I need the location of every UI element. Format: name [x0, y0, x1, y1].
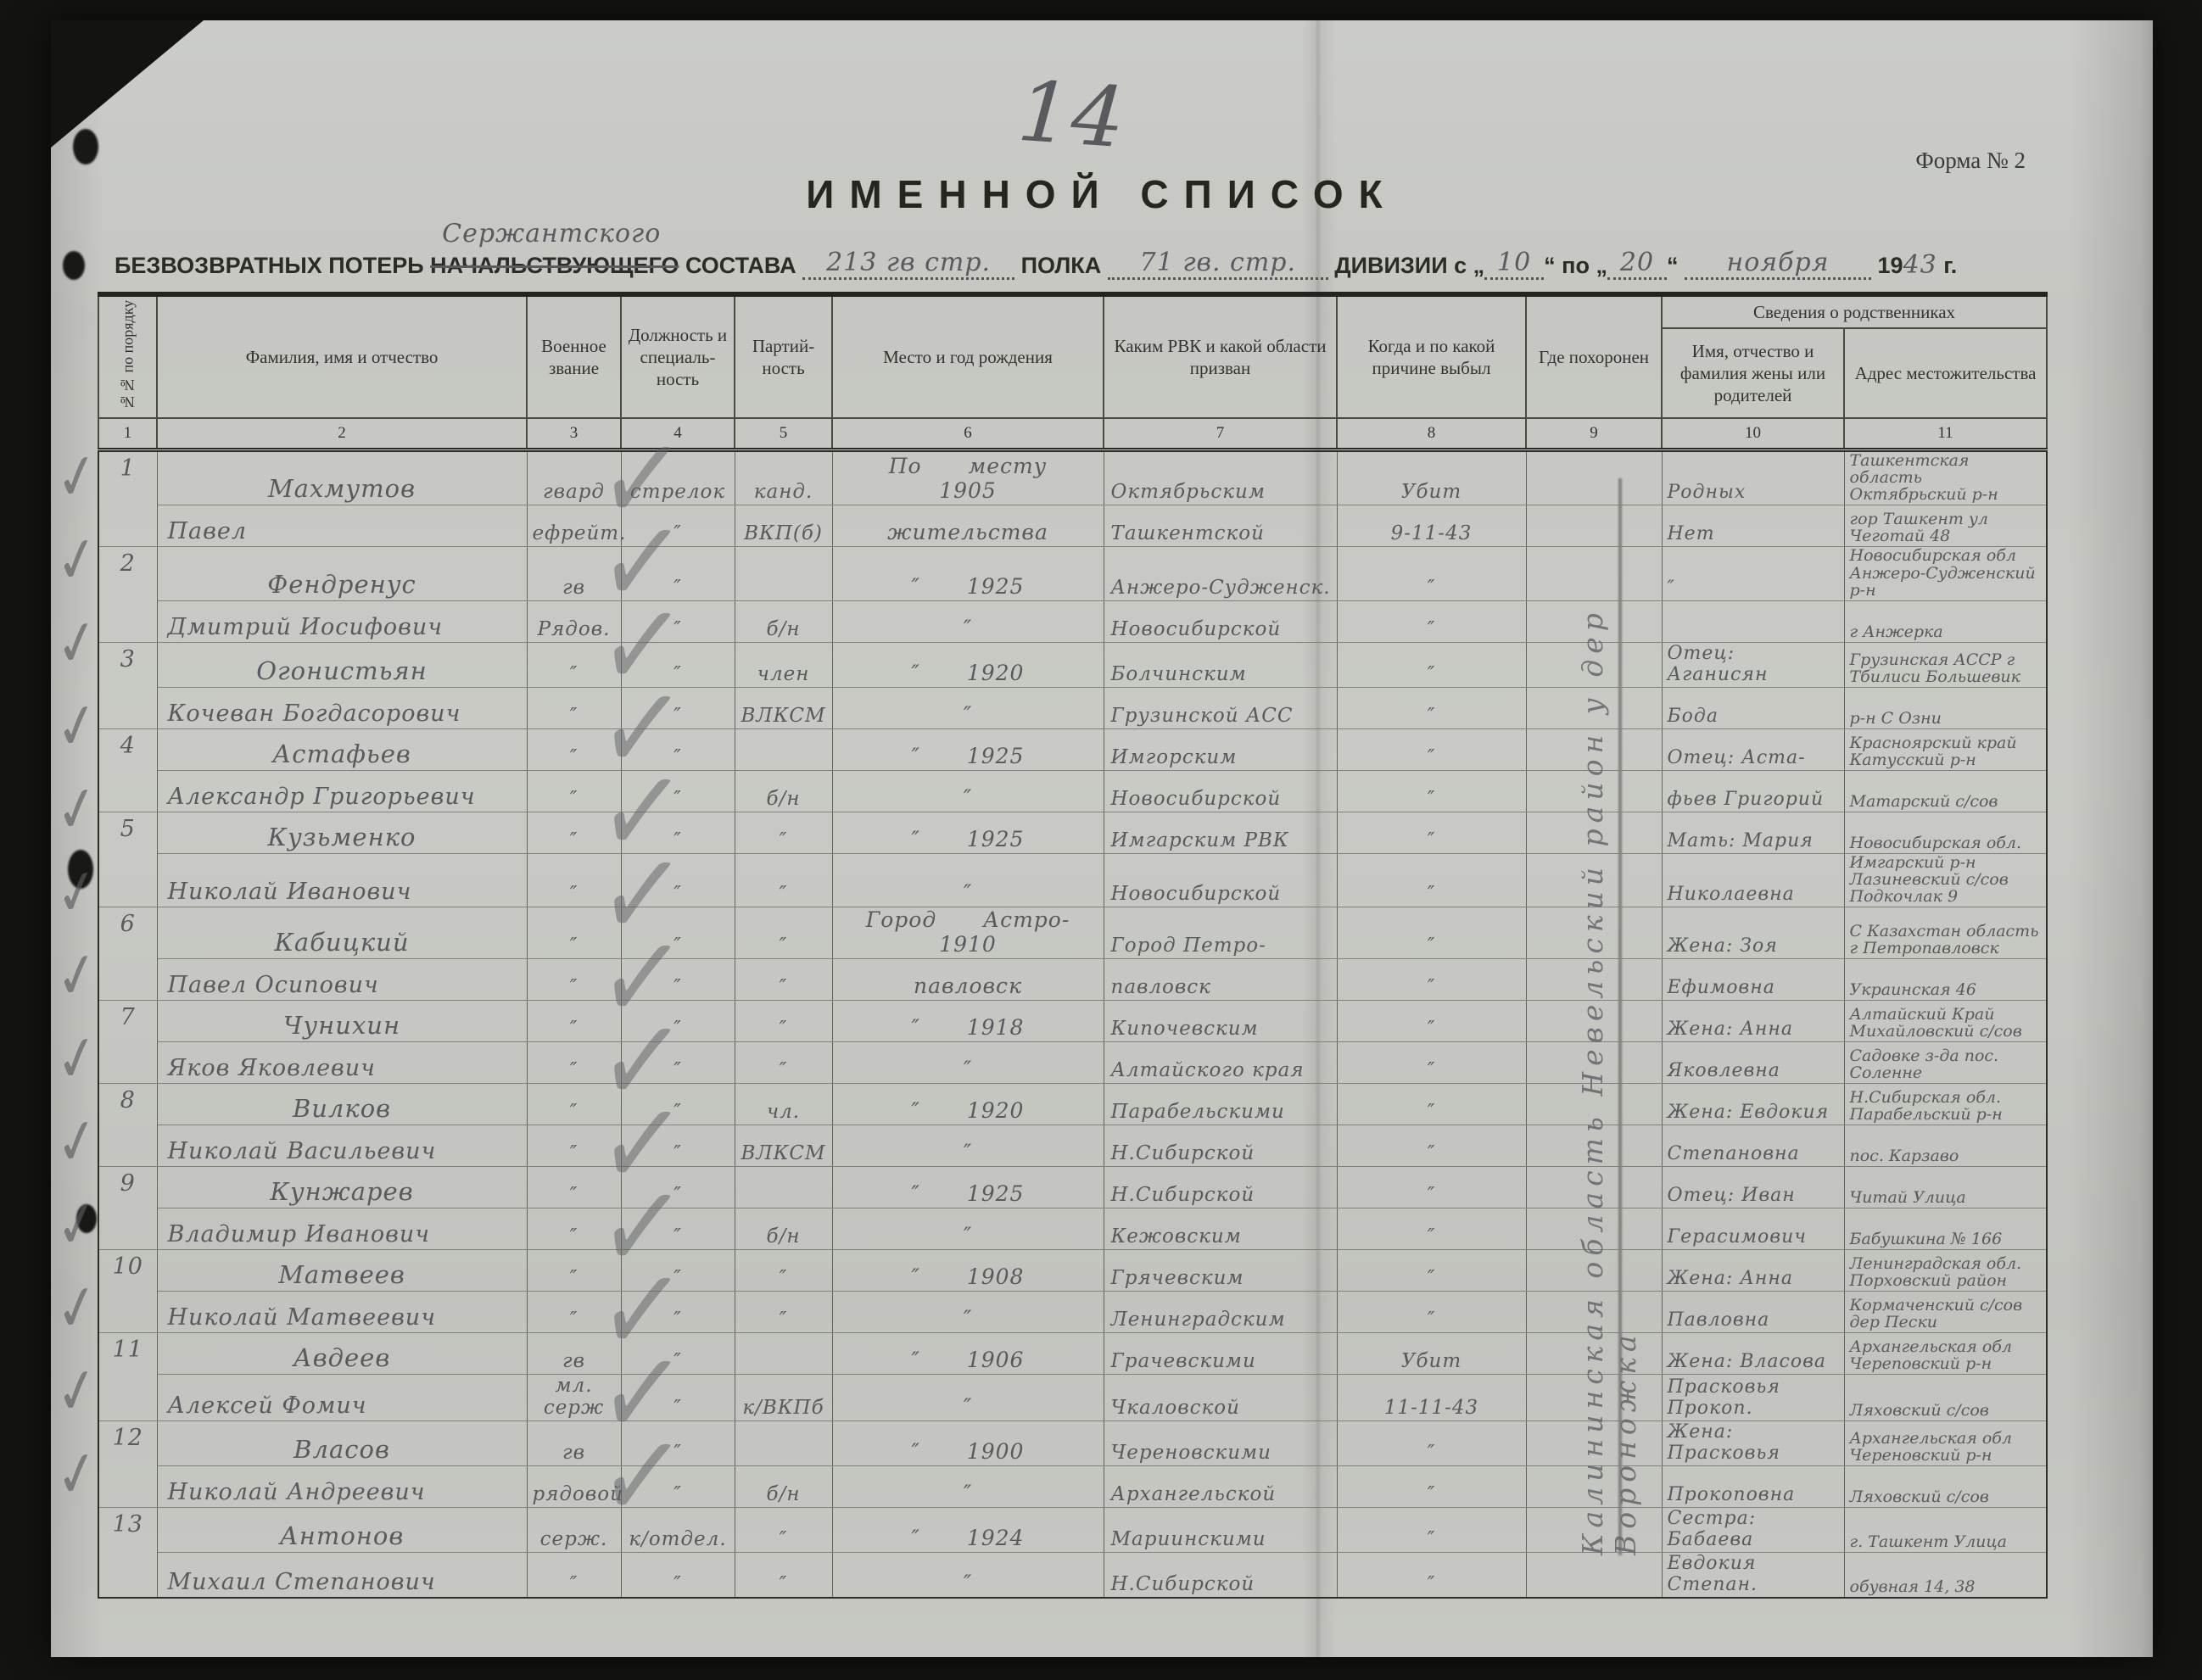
cell-party: ″ [735, 1553, 832, 1599]
subtitle-division: ДИВИЗИИ с [1334, 253, 1467, 278]
cell-duty: ″ [621, 853, 735, 907]
cell-party: ″ [735, 853, 832, 907]
cell-row-number: 10 [98, 1250, 157, 1333]
cell-buried [1526, 1508, 1662, 1553]
cell-rank: ефрейт. [527, 505, 621, 547]
cell-name: Астафьев [157, 728, 527, 770]
cell-name: Владимир Иванович [157, 1208, 527, 1250]
cell-party [735, 1167, 832, 1208]
cell-buried [1526, 812, 1662, 853]
cell-birth: По месту 1905 [832, 450, 1104, 505]
cell-party: ″ [735, 1250, 832, 1292]
cell-rvk: Ташкентской [1104, 505, 1337, 547]
cell-addr: Ташкентская область Октябрьский р-н [1844, 450, 2047, 505]
cell-addr: Ляховский с/сов [1844, 1375, 2047, 1421]
cell-rvk: Алтайского края [1104, 1042, 1337, 1084]
cell-duty: ″ [621, 1553, 735, 1599]
cell-buried [1526, 1167, 1662, 1208]
cell-rank: ″ [527, 1250, 621, 1292]
cell-name: Махмутов [157, 450, 527, 505]
cell-rvk: Грячевским [1104, 1250, 1337, 1292]
cell-rvk: Новосибирской [1104, 600, 1337, 642]
cell-duty: ″ [621, 1042, 735, 1084]
cell-birth: жительства [832, 505, 1104, 547]
cell-duty: ″ [621, 1466, 735, 1508]
cell-row-number: 12 [98, 1421, 157, 1508]
cell-party [735, 728, 832, 770]
cell-row-number: 11 [98, 1333, 157, 1421]
cell-addr: Ленинградская обл. Порховский район [1844, 1250, 2047, 1292]
cell-rank: рядовой [527, 1466, 621, 1508]
cell-rel: Жена: Анна [1662, 1001, 1844, 1042]
table-row: 1Махмутовгвардстрелокканд.По месту 1905О… [98, 450, 2047, 505]
table-row: Александр Григорьевич″″б/н″Новосибирской… [98, 770, 2047, 812]
margin-checkmark: ✓ [51, 1019, 103, 1099]
table-row: 12Власовгв″″ 1900Череновскими″Жена: Прас… [98, 1421, 2047, 1466]
handwritten-correction: Сержантского [442, 219, 661, 248]
cell-buried [1526, 1125, 1662, 1167]
table-body: 1Махмутовгвардстрелокканд.По месту 1905О… [98, 450, 2047, 1599]
form-number-label: Форма № 2 [1915, 148, 2026, 174]
cell-rvk: Н.Сибирской [1104, 1553, 1337, 1599]
cell-duty: ″ [621, 1125, 735, 1167]
margin-checkmark: ✓ [51, 521, 103, 600]
cell-name: Николай Андреевич [157, 1466, 527, 1508]
cell-rvk: Архангельской [1104, 1466, 1337, 1508]
cell-addr: Алтайский Край Михайловский с/сов [1844, 1001, 2047, 1042]
cell-rank: ″ [527, 1042, 621, 1084]
cell-party: ″ [735, 1292, 832, 1333]
cell-rel: Жена: Анна [1662, 1250, 1844, 1292]
col-num: 2 [157, 418, 527, 450]
cell-duty: ″ [621, 547, 735, 600]
cell-rvk: Парабельскими [1104, 1084, 1337, 1125]
cell-rel: Отец: Аганисян [1662, 642, 1844, 687]
cell-rel: Родных [1662, 450, 1844, 505]
cell-rank: ″ [527, 959, 621, 1001]
margin-checkmark: ✓ [51, 770, 103, 850]
cell-rvk: Имгарским РВК [1104, 812, 1337, 853]
cell-rel [1662, 600, 1844, 642]
cell-when: ″ [1337, 1250, 1526, 1292]
cell-rank: гв [527, 547, 621, 600]
cell-birth: ″ 1924 [832, 1508, 1104, 1553]
cell-duty: ″ [621, 1208, 735, 1250]
margin-checkmark: ✓ [51, 1102, 103, 1182]
cell-rank: ″ [527, 1208, 621, 1250]
table-row: Николай Андреевичрядовой″б/н″Архангельск… [98, 1466, 2047, 1508]
cell-when: Убит [1337, 1333, 1526, 1375]
subtitle-sostava: СОСТАВА [685, 253, 796, 278]
cell-buried [1526, 907, 1662, 959]
cell-rvk: Н.Сибирской [1104, 1125, 1337, 1167]
cell-addr: Бабушкина № 166 [1844, 1208, 2047, 1250]
cell-addr: Ляховский с/сов [1844, 1466, 2047, 1508]
table-row: 10Матвеев″″″″ 1908Грячевским″Жена: АннаЛ… [98, 1250, 2047, 1292]
col-header-buried: Где похоронен [1526, 294, 1662, 418]
cell-rank: ″ [527, 1001, 621, 1042]
cell-addr: г. Ташкент Улица [1844, 1508, 2047, 1553]
cell-duty: ″ [621, 687, 735, 728]
col-num: 11 [1844, 418, 2047, 450]
year-printed: 19 [1878, 253, 1903, 278]
subtitle-g: г. [1943, 253, 1957, 278]
cell-row-number: 4 [98, 728, 157, 812]
cell-rank: ″ [527, 1084, 621, 1125]
quote-open: „ [1473, 253, 1485, 278]
cell-rel: Отец: Иван [1662, 1167, 1844, 1208]
cell-addr: Грузинская АССР г Тбилиси Большевик [1844, 642, 2047, 687]
to-day-handwritten: 20 [1607, 248, 1667, 280]
cell-duty: ″ [621, 505, 735, 547]
cell-rel: Мать: Мария [1662, 812, 1844, 853]
cell-rvk: Мариинскими [1104, 1508, 1337, 1553]
cell-rel: Ефимовна [1662, 959, 1844, 1001]
cell-birth: ″ [832, 1125, 1104, 1167]
cell-duty: ″ [621, 1333, 735, 1375]
margin-checkmark: ✓ [51, 1352, 103, 1432]
cell-party: ″ [735, 1042, 832, 1084]
cell-row-number: 3 [98, 642, 157, 728]
cell-rvk: Грачевскими [1104, 1333, 1337, 1375]
margin-checkmark: ✓ [51, 438, 103, 517]
col-header-rvk: Каким РВК и какой области призван [1104, 294, 1337, 418]
cell-row-number: 13 [98, 1508, 157, 1599]
subtitle-po: по [1562, 253, 1590, 278]
cell-rank: ″ [527, 853, 621, 907]
cell-buried [1526, 1421, 1662, 1466]
table-row: 13Антоновсерж.к/отдел.″″ 1924Мариинскими… [98, 1508, 2047, 1553]
cell-rel: Жена: Евдокия [1662, 1084, 1844, 1125]
cell-rank: Рядов. [527, 600, 621, 642]
cell-name: Николай Васильевич [157, 1125, 527, 1167]
cell-buried [1526, 959, 1662, 1001]
cell-birth: ″ [832, 600, 1104, 642]
table-row: Дмитрий ИосифовичРядов.″б/н″Новосибирско… [98, 600, 2047, 642]
cell-rel: Жена: Зоя [1662, 907, 1844, 959]
margin-checkmark: ✓ [51, 1269, 103, 1348]
cell-birth: ″ [832, 1292, 1104, 1333]
cell-birth: ″ 1925 [832, 547, 1104, 600]
cell-rel: ″ [1662, 547, 1844, 600]
cell-addr: Новосибирская обл. [1844, 812, 2047, 853]
cell-rel: Степановна [1662, 1125, 1844, 1167]
cell-buried [1526, 1042, 1662, 1084]
cell-name: Вилков [157, 1084, 527, 1125]
table-header: №№ по порядку Фамилия, имя и отчество Во… [98, 294, 2047, 450]
cell-addr: Садовке з-да пос. Соленне [1844, 1042, 2047, 1084]
table-row: 4Астафьев″″″ 1925Имгорским″Отец: Аста-Кр… [98, 728, 2047, 770]
torn-corner [51, 20, 204, 148]
col-header-when: Когда и по какой причине выбыл [1337, 294, 1526, 418]
cell-name: Антонов [157, 1508, 527, 1553]
cell-rvk: Кежовским [1104, 1208, 1337, 1250]
table-row: Павел Осипович″″″павловскпавловск″Ефимов… [98, 959, 2047, 1001]
cell-row-number: 1 [98, 450, 157, 547]
cell-party [735, 1333, 832, 1375]
cell-addr: Имгарский р-н Лазиневский с/сов Подкочла… [1844, 853, 2047, 907]
cell-rank: ″ [527, 642, 621, 687]
cell-rel: Прасковья Прокоп. [1662, 1375, 1844, 1421]
cell-when: ″ [1337, 1421, 1526, 1466]
cell-rvk: Болчинским [1104, 642, 1337, 687]
cell-buried [1526, 853, 1662, 907]
cell-rank: ″ [527, 1292, 621, 1333]
cell-row-number: 6 [98, 907, 157, 1001]
cell-rel: Павловна [1662, 1292, 1844, 1333]
cell-rvk: Грузинской АСС [1104, 687, 1337, 728]
cell-duty: к/отдел. [621, 1508, 735, 1553]
cell-rank: ″ [527, 687, 621, 728]
cell-when: ″ [1337, 1208, 1526, 1250]
cell-row-number: 8 [98, 1084, 157, 1167]
cell-when: ″ [1337, 770, 1526, 812]
cell-rel: Бода [1662, 687, 1844, 728]
cell-birth: ″ 1920 [832, 642, 1104, 687]
cell-addr: Н.Сибирская обл. Парабельский р-н [1844, 1084, 2047, 1125]
quote-close2: “ [1667, 253, 1679, 278]
cell-rank: ″ [527, 728, 621, 770]
cell-birth: ″ [832, 1553, 1104, 1599]
cell-rel: Жена: Власова [1662, 1333, 1844, 1375]
cell-birth: ″ [832, 1375, 1104, 1421]
cell-duty: ″ [621, 1167, 735, 1208]
cell-row-number: 5 [98, 812, 157, 907]
cell-name: Кабицкий [157, 907, 527, 959]
table-row: Яков Яковлевич″″″″Алтайского края″Яковле… [98, 1042, 2047, 1084]
margin-checkmark: ✓ [51, 687, 103, 767]
cell-name: Дмитрий Иосифович [157, 600, 527, 642]
cell-addr: обувная 14, 38 [1844, 1553, 2047, 1599]
cell-when: ″ [1337, 728, 1526, 770]
cell-rank: ″ [527, 1125, 621, 1167]
cell-duty: ″ [621, 812, 735, 853]
cell-name: Авдеев [157, 1333, 527, 1375]
cell-when: ″ [1337, 853, 1526, 907]
cell-rvk: Чкаловской [1104, 1375, 1337, 1421]
cell-name: Александр Григорьевич [157, 770, 527, 812]
cell-when: 9-11-43 [1337, 505, 1526, 547]
cell-name: Фендренус [157, 547, 527, 600]
cell-name: Яков Яковлевич [157, 1042, 527, 1084]
cell-when: ″ [1337, 959, 1526, 1001]
subtitle-struck-word: НАЧАЛЬСТВУЮЩЕГОСержантского [430, 253, 679, 278]
cell-duty: ″ [621, 959, 735, 1001]
cell-party: ″ [735, 907, 832, 959]
cell-buried [1526, 642, 1662, 687]
cell-rank: гвард [527, 450, 621, 505]
cell-birth: ″ 1918 [832, 1001, 1104, 1042]
cell-rvk: Новосибирской [1104, 770, 1337, 812]
cell-party: канд. [735, 450, 832, 505]
cell-when: ″ [1337, 547, 1526, 600]
cell-party: ВЛКСМ [735, 687, 832, 728]
cell-name: Кочеван Богдасорович [157, 687, 527, 728]
cell-addr: Новосибирская обл Анжеро-Судженский р-н [1844, 547, 2047, 600]
cell-addr: Матарский с/сов [1844, 770, 2047, 812]
paper-sheet: Форма № 2 14 ИМЕННОЙ СПИСОК БЕЗВОЗВРАТНЫ… [51, 20, 2153, 1657]
punch-hole [76, 1204, 97, 1233]
cell-name: Огонистьян [157, 642, 527, 687]
cell-buried [1526, 1333, 1662, 1375]
table-row: 6Кабицкий″″″Город Астро- 1910Город Петро… [98, 907, 2047, 959]
cell-party: б/н [735, 1466, 832, 1508]
cell-party: б/н [735, 600, 832, 642]
cell-rel: Нет [1662, 505, 1844, 547]
cell-when: ″ [1337, 1125, 1526, 1167]
cell-when: ″ [1337, 600, 1526, 642]
cell-party: чл. [735, 1084, 832, 1125]
unit2-handwritten: 71 гв. стр. [1108, 248, 1328, 280]
cell-party: член [735, 642, 832, 687]
column-numbers-row: 1 2 3 4 5 6 7 8 9 10 11 [98, 418, 2047, 450]
cell-birth: ″ 1900 [832, 1421, 1104, 1466]
scanned-document-page: { "colors":{"paper":"#c8c9c4","print_ink… [0, 0, 2202, 1680]
col-header-rank: Военное звание [527, 294, 621, 418]
cell-rvk: Октябрьским [1104, 450, 1337, 505]
cell-rvk: Имгорским [1104, 728, 1337, 770]
cell-name: Павел Осипович [157, 959, 527, 1001]
cell-rel: Жена: Прасковья [1662, 1421, 1844, 1466]
cell-addr: Архангельская обл Череновский р-н [1844, 1421, 2047, 1466]
col-header-party: Партий­ность [735, 294, 832, 418]
cell-birth: ″ [832, 1208, 1104, 1250]
cell-rel: Сестра: Бабаева [1662, 1508, 1844, 1553]
col-num: 3 [527, 418, 621, 450]
cell-buried [1526, 770, 1662, 812]
table-row: Владимир Иванович″″б/н″Кежовским″Герасим… [98, 1208, 2047, 1250]
cell-rel: Яковлевна [1662, 1042, 1844, 1084]
cell-addr: Архангельская обл Череповский р-н [1844, 1333, 2047, 1375]
table-row: Алексей Фомичмл. серж″к/ВКПб″Чкаловской1… [98, 1375, 2047, 1421]
cell-birth: ″ [832, 853, 1104, 907]
table-row: 11Авдеевгв″″ 1906ГрачевскимиУбитЖена: Вл… [98, 1333, 2047, 1375]
table-row: 7Чунихин″″″″ 1918Кипочевским″Жена: АннаА… [98, 1001, 2047, 1042]
cell-party [735, 1421, 832, 1466]
cell-buried [1526, 1250, 1662, 1292]
cell-when: ″ [1337, 1084, 1526, 1125]
cell-party: ВЛКСМ [735, 1125, 832, 1167]
cell-birth: ″ [832, 1042, 1104, 1084]
cell-row-number: 2 [98, 547, 157, 642]
cell-rel: Евдокия Степан. [1662, 1553, 1844, 1599]
cell-buried [1526, 1375, 1662, 1421]
cell-buried [1526, 728, 1662, 770]
cell-rvk: Ленинградским [1104, 1292, 1337, 1333]
table-row: Павелефрейт.″ВКП(б)жительстваТашкентской… [98, 505, 2047, 547]
cell-when: ″ [1337, 1553, 1526, 1599]
cell-name: Павел [157, 505, 527, 547]
punch-hole [73, 129, 98, 165]
subtitle-polka: ПОЛКА [1021, 253, 1102, 278]
cell-name: Михаил Степанович [157, 1553, 527, 1599]
cell-name: Алексей Фомич [157, 1375, 527, 1421]
cell-duty: ″ [621, 1292, 735, 1333]
cell-when: ″ [1337, 642, 1526, 687]
month-handwritten: ноября [1685, 248, 1871, 280]
cell-birth: Город Астро- 1910 [832, 907, 1104, 959]
page-number-handwritten: 14 [1014, 64, 1128, 168]
cell-rvk: Н.Сибирской [1104, 1167, 1337, 1208]
cell-addr: гор Ташкент ул Чеготай 48 [1844, 505, 2047, 547]
punch-hole [63, 251, 85, 280]
cell-rank: ″ [527, 812, 621, 853]
col-header-rel-addr: Адрес местожительства [1844, 328, 2047, 418]
col-header-rel-name: Имя, отчество и фамилия жены или родител… [1662, 328, 1844, 418]
cell-row-number: 9 [98, 1167, 157, 1250]
cell-when: Убит [1337, 450, 1526, 505]
cell-party: ″ [735, 812, 832, 853]
cell-name: Кунжарев [157, 1167, 527, 1208]
table-row: 8Вилков″″чл.″ 1920Парабельскими″Жена: Ев… [98, 1084, 2047, 1125]
col-num: 8 [1337, 418, 1526, 450]
cell-rel: Прокоповна [1662, 1466, 1844, 1508]
table-row: 5Кузьменко″″″″ 1925Имгарским РВК″Мать: М… [98, 812, 2047, 853]
cell-rank: ″ [527, 770, 621, 812]
cell-birth: ″ 1925 [832, 812, 1104, 853]
table-row: 2Фендренусгв″″ 1925Анжеро-Судженск.″″Нов… [98, 547, 2047, 600]
cell-party: ″ [735, 1508, 832, 1553]
cell-rvk: Анжеро-Судженск. [1104, 547, 1337, 600]
col-header-num: №№ по порядку [98, 294, 157, 418]
cell-rvk: Череновскими [1104, 1421, 1337, 1466]
cell-rank: гв [527, 1333, 621, 1375]
cell-addr: С Казахстан область г Петропавловск [1844, 907, 2047, 959]
cell-when: ″ [1337, 1001, 1526, 1042]
cell-when: ″ [1337, 907, 1526, 959]
cell-when: ″ [1337, 812, 1526, 853]
cell-rank: гв [527, 1421, 621, 1466]
subtitle-prefix: БЕЗВОЗВРАТНЫХ ПОТЕРЬ [115, 253, 424, 278]
year-handwritten: 43 [1903, 250, 1937, 280]
cell-addr: р-н С Озни [1844, 687, 2047, 728]
col-header-relatives-group: Сведения о родственниках [1662, 294, 2047, 328]
cell-addr: Украинская 46 [1844, 959, 2047, 1001]
cell-addr: Красноярский край Катусский р-н [1844, 728, 2047, 770]
table-row: Кочеван Богдасорович″″ВЛКСМ″Грузинской А… [98, 687, 2047, 728]
cell-duty: ″ [621, 642, 735, 687]
cell-buried [1526, 1084, 1662, 1125]
losses-table-wrap: №№ по порядку Фамилия, имя и отчество Во… [98, 292, 2048, 1599]
cell-party [735, 547, 832, 600]
cell-party: ″ [735, 959, 832, 1001]
unit1-handwritten: 213 гв стр. [802, 248, 1014, 280]
cell-birth: ″ [832, 770, 1104, 812]
cell-rank: ″ [527, 1167, 621, 1208]
cell-buried [1526, 1208, 1662, 1250]
col-header-duty: Должность и специаль­ность [621, 294, 735, 418]
cell-duty: ″ [621, 1375, 735, 1421]
cell-buried [1526, 1553, 1662, 1599]
cell-buried [1526, 1466, 1662, 1508]
cell-when: ″ [1337, 1508, 1526, 1553]
cell-party: б/н [735, 770, 832, 812]
margin-checkmark: ✓ [51, 604, 103, 684]
cell-when: ″ [1337, 1042, 1526, 1084]
cell-rvk: Город Петро- [1104, 907, 1337, 959]
table-row: 3Огонистьян″″член″ 1920Болчинским″Отец: … [98, 642, 2047, 687]
col-num: 9 [1526, 418, 1662, 450]
cell-name: Власов [157, 1421, 527, 1466]
quote-close: “ [1544, 253, 1556, 278]
margin-checkmark: ✓ [51, 936, 103, 1016]
cell-row-number: 7 [98, 1001, 157, 1084]
cell-birth: павловск [832, 959, 1104, 1001]
cell-birth: ″ [832, 1466, 1104, 1508]
cell-buried [1526, 1001, 1662, 1042]
cell-duty: ″ [621, 1084, 735, 1125]
cell-name: Николай Иванович [157, 853, 527, 907]
